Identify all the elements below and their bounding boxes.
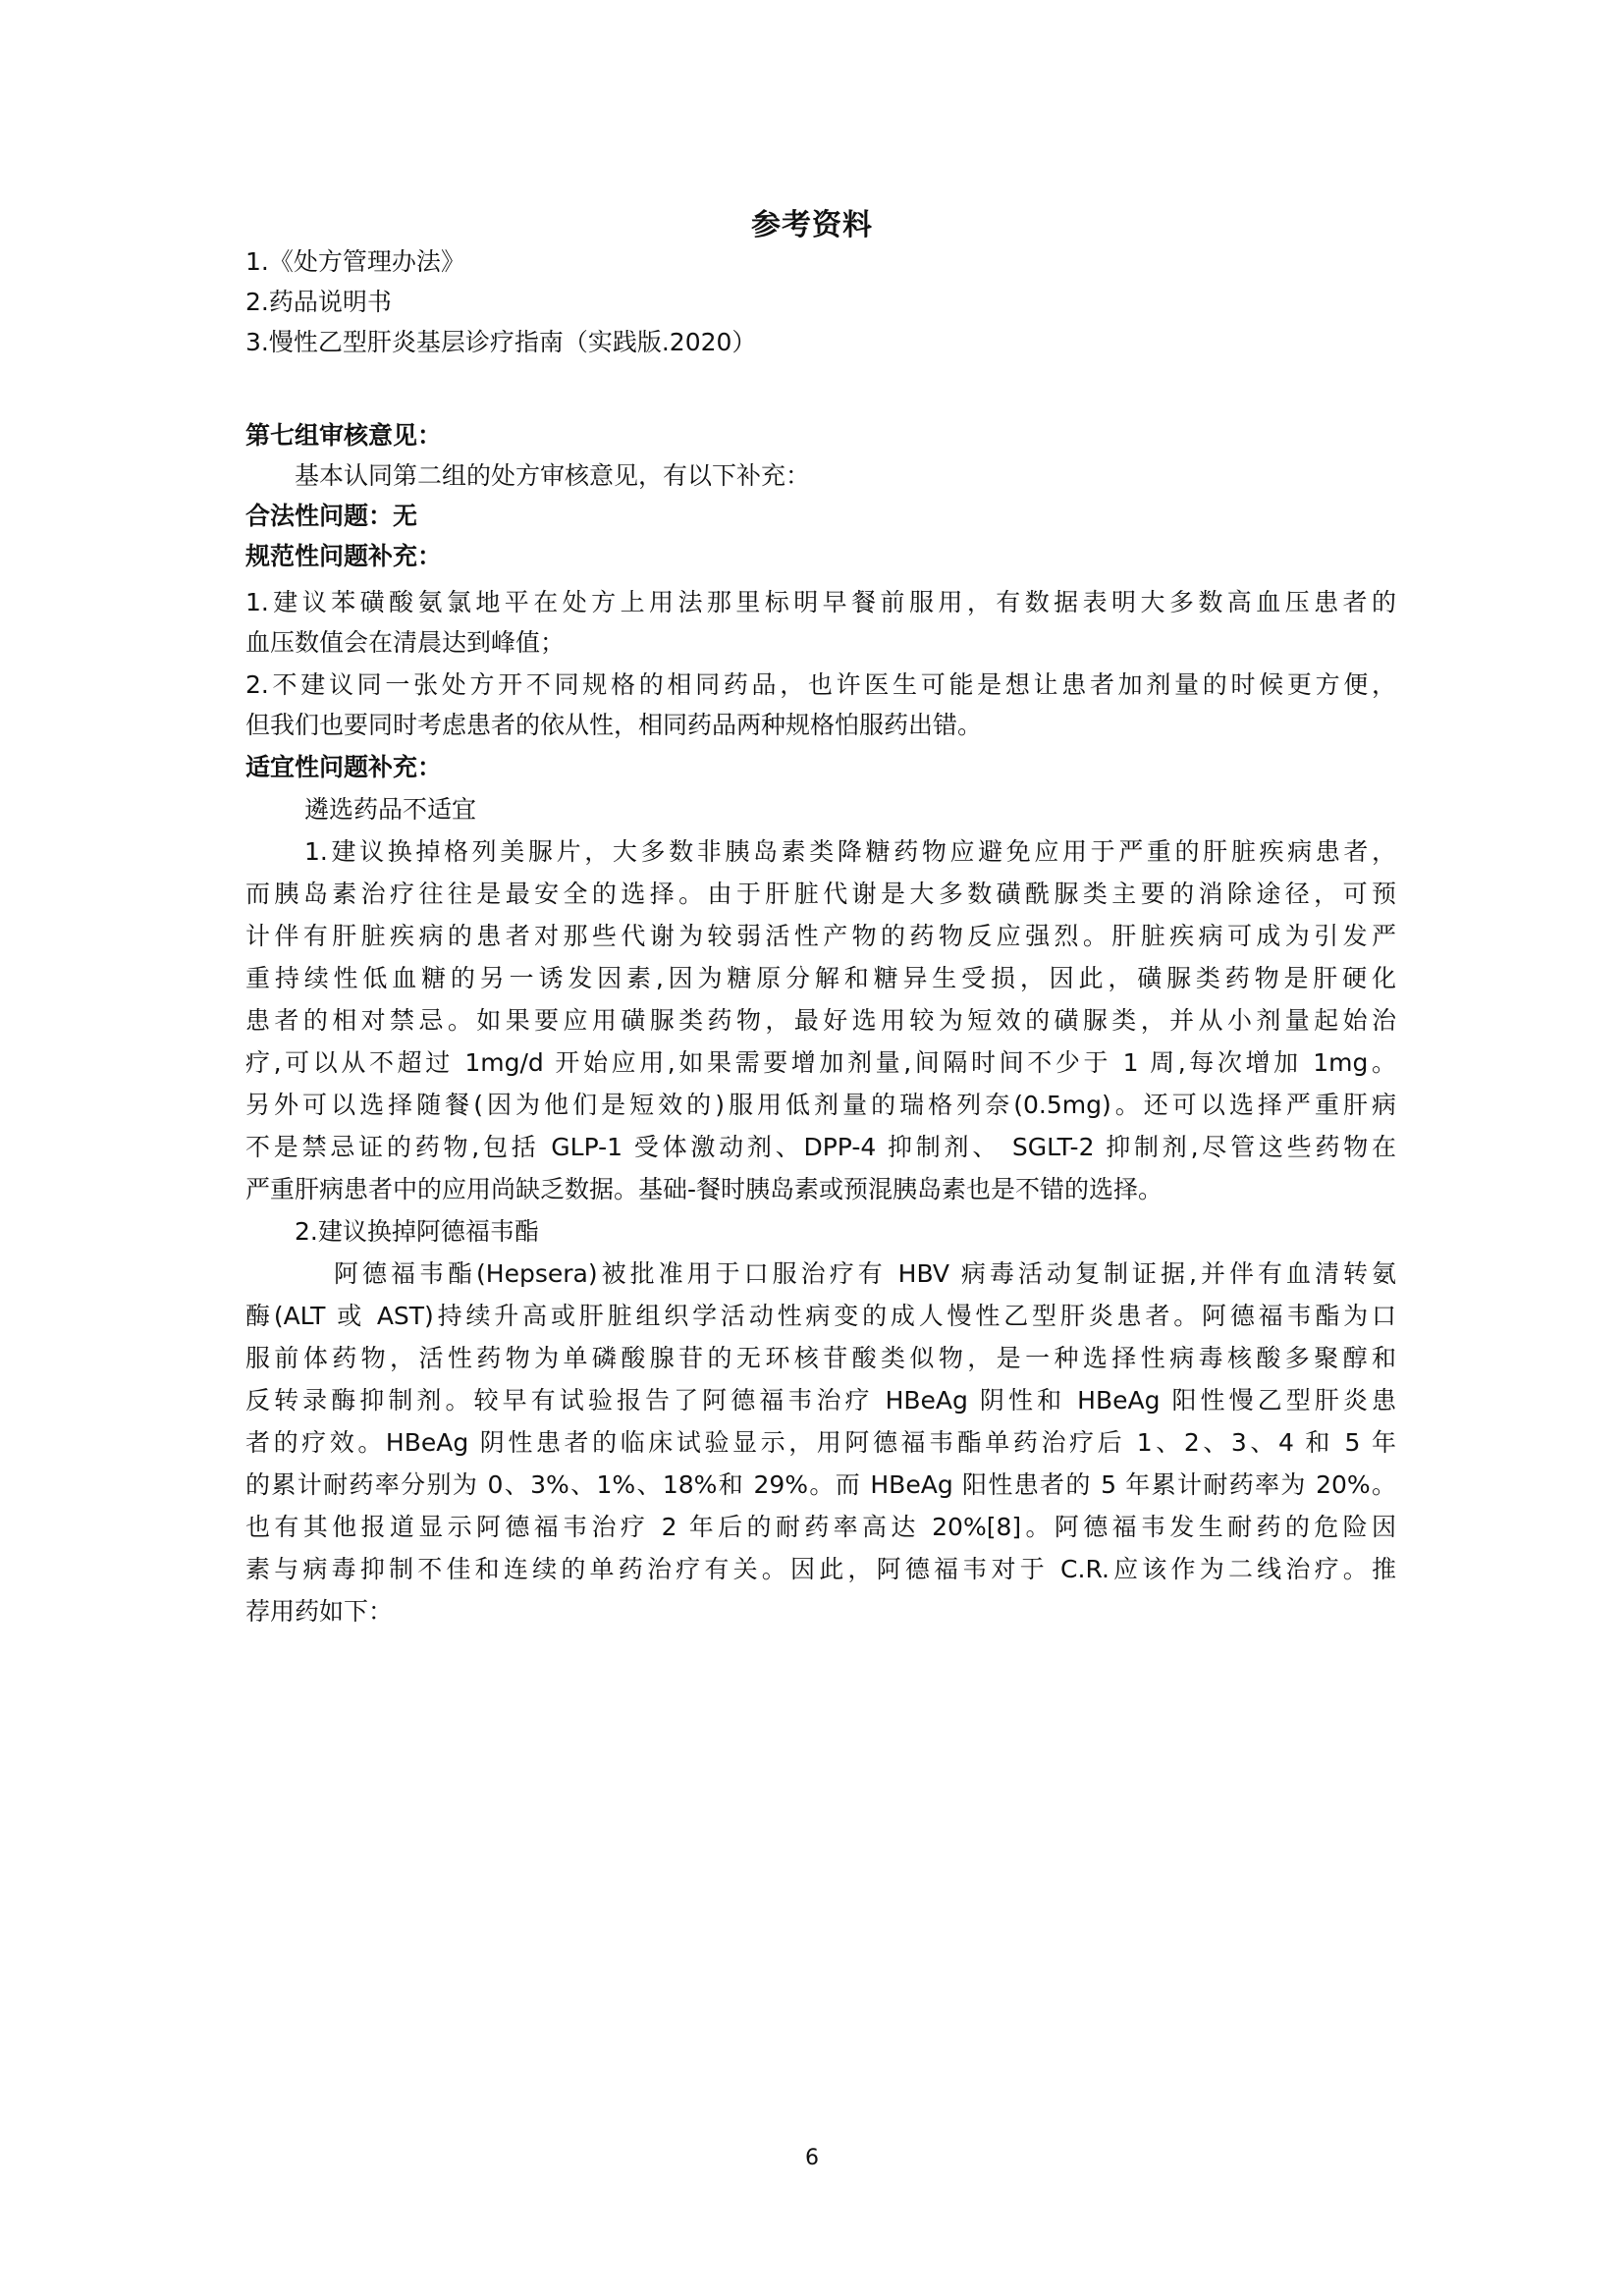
item2-line: 服前体药物，活性药物为单磷酸腺苷的无环核苷酸类似物，是一种选择性病毒核酸多聚醇和 <box>245 1342 1396 1375</box>
reference-item: 2.药品说明书 <box>245 286 1396 319</box>
suitability-heading: 适宜性问题补充： <box>245 751 1396 784</box>
item2-line: 反转录酶抑制剂。较早有试验报告了阿德福韦治疗 HBeAg 阴性和 HBeAg 阳… <box>245 1384 1396 1417</box>
suitability-subheading: 遴选药品不适宜 <box>304 793 1455 827</box>
item1-line: 不是禁忌证的药物,包括 GLP-1 受体激动剂、DPP-4 抑制剂、 SGLT-… <box>245 1131 1396 1164</box>
legality-heading: 合法性问题：无 <box>245 500 1396 533</box>
standard-heading: 规范性问题补充： <box>245 540 1396 573</box>
item1-line: 另外可以选择随餐(因为他们是短效的)服用低剂量的瑞格列奈(0.5mg)。还可以选… <box>245 1089 1396 1122</box>
review-intro: 基本认同第二组的处方审核意见，有以下补充： <box>295 459 1445 493</box>
item2-line: 也有其他报道显示阿德福韦治疗 2 年后的耐药率高达 20%[8]。阿德福韦发生耐… <box>245 1511 1396 1544</box>
item2-heading: 2.建议换掉阿德福韦酯 <box>295 1215 1445 1249</box>
item2-line: 的累计耐药率分别为 0、3%、1%、18%和 29%。而 HBeAg 阳性患者的… <box>245 1468 1396 1502</box>
item1-line: 患者的相对禁忌。如果要应用磺脲类药物，最好选用较为短效的磺脲类，并从小剂量起始治 <box>245 1004 1396 1038</box>
item2-line: 酶(ALT 或 AST)持续升高或肝脏组织学活动性病变的成人慢性乙型肝炎患者。阿… <box>245 1300 1396 1333</box>
item1-line: 计伴有肝脏疾病的患者对那些代谢为较弱活性产物的药物反应强烈。肝脏疾病可成为引发严 <box>245 920 1396 953</box>
item1-line: 疗,可以从不超过 1mg/d 开始应用,如果需要增加剂量,间隔时间不少于 1 周… <box>245 1046 1396 1080</box>
page-title: 参考资料 <box>0 200 1624 243</box>
item2-line: 荐用药如下： <box>245 1595 1396 1629</box>
item1-line: 严重肝病患者中的应用尚缺乏数据。基础-餐时胰岛素或预混胰岛素也是不错的选择。 <box>245 1173 1396 1206</box>
standard-line: 1.建议苯磺酸氨氯地平在处方上用法那里标明早餐前服用，有数据表明大多数高血压患者… <box>245 586 1396 619</box>
page-number: 6 <box>0 2146 1624 2170</box>
reference-item: 3.慢性乙型肝炎基层诊疗指南（实践版.2020） <box>245 326 1396 359</box>
document-page: 参考资料 1.《处方管理办法》 2.药品说明书 3.慢性乙型肝炎基层诊疗指南（实… <box>0 0 1624 2296</box>
reference-item: 1.《处方管理办法》 <box>245 245 1396 279</box>
review-heading: 第七组审核意见： <box>245 419 1396 453</box>
item2-line: 阿德福韦酯(Hepsera)被批准用于口服治疗有 HBV 病毒活动复制证据,并伴… <box>334 1257 1396 1291</box>
item1-line: 1.建议换掉格列美脲片，大多数非胰岛素类降糖药物应避免应用于严重的肝脏疾病患者， <box>304 835 1396 869</box>
item2-line: 者的疗效。HBeAg 阴性患者的临床试验显示，用阿德福韦酯单药治疗后 1、2、3… <box>245 1426 1396 1460</box>
standard-line: 血压数值会在清晨达到峰值； <box>245 626 1396 660</box>
item1-line: 而胰岛素治疗往往是最安全的选择。由于肝脏代谢是大多数磺酰脲类主要的消除途径，可预 <box>245 878 1396 911</box>
item1-line: 重持续性低血糖的另一诱发因素,因为糖原分解和糖异生受损，因此，磺脲类药物是肝硬化 <box>245 962 1396 995</box>
standard-line: 2.不建议同一张处方开不同规格的相同药品，也许医生可能是想让患者加剂量的时候更方… <box>245 668 1396 702</box>
standard-line: 但我们也要同时考虑患者的依从性，相同药品两种规格怕服药出错。 <box>245 709 1396 742</box>
item2-line: 素与病毒抑制不佳和连续的单药治疗有关。因此，阿德福韦对于 C.R.应该作为二线治… <box>245 1553 1396 1586</box>
